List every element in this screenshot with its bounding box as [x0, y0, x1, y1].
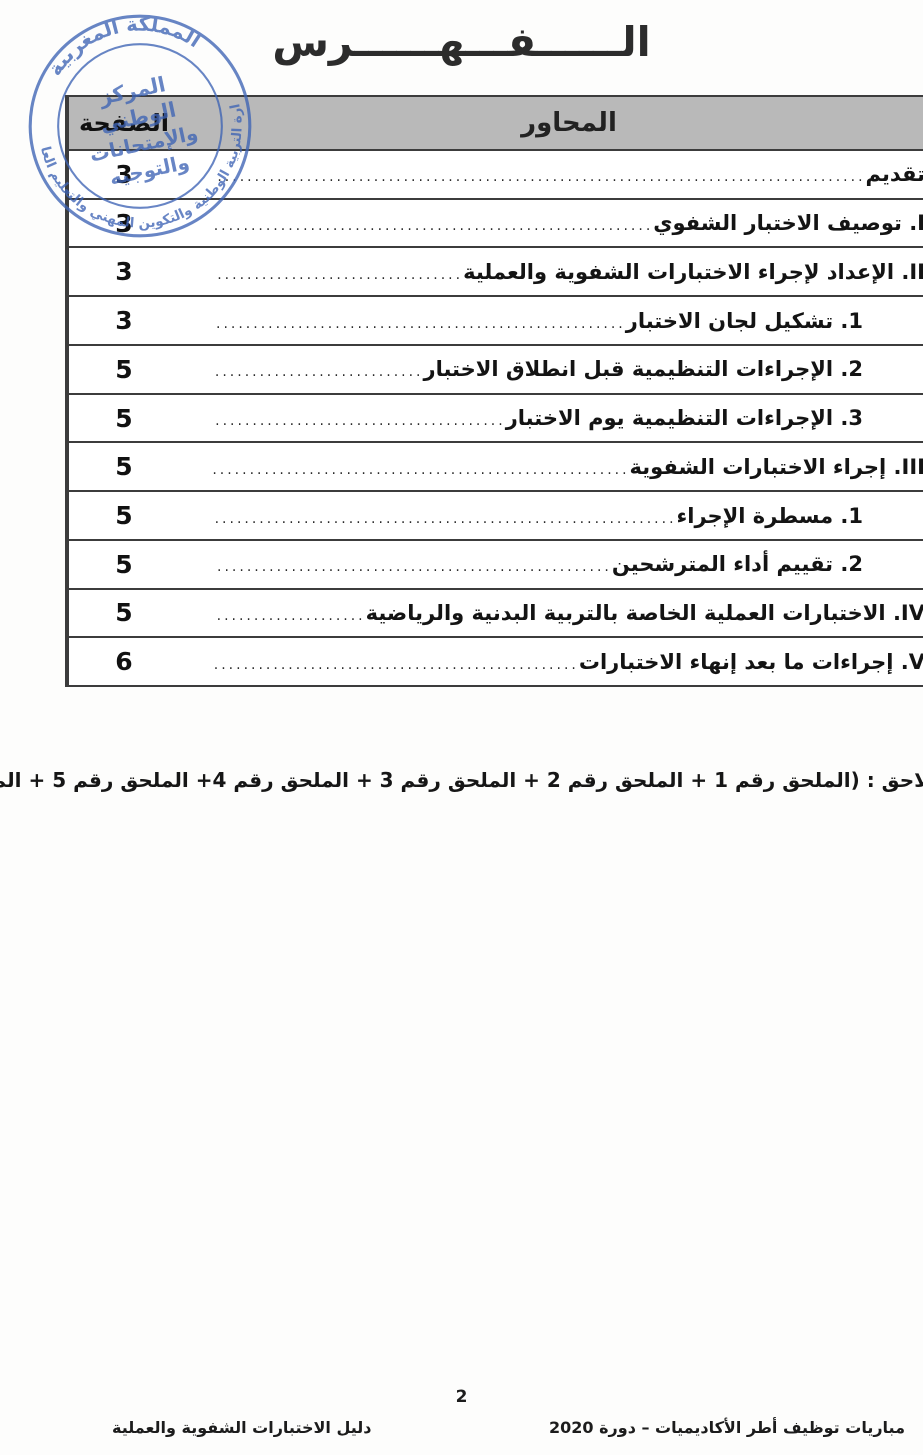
toc-header-topics: المحاور — [179, 97, 923, 149]
toc-row-topic-cell: I. توصيف الاختبار الشفوي ...............… — [179, 200, 923, 247]
dot-leader: ........................................… — [213, 608, 366, 624]
toc-row-page: 5 — [67, 395, 179, 442]
toc-header-page: الصفحة — [67, 97, 179, 149]
toc-row: تقديم ..................................… — [67, 149, 923, 198]
toc-row-topic: V. إجراءات ما بعد إنهاء الاختبارات — [579, 650, 923, 674]
toc-row-topic-cell: 2. الإجراءات التنظيمية قبل انطلاق الاختب… — [179, 346, 923, 393]
toc-row: 1. مسطرة الإجراء .......................… — [67, 490, 923, 539]
toc-header-row: المحاور الصفحة — [67, 97, 923, 149]
toc-row-topic: III. إجراء الاختبارات الشفوية — [630, 455, 923, 479]
toc-row-page: 6 — [67, 638, 179, 685]
toc-table: المحاور الصفحة تقديم ...................… — [65, 95, 923, 687]
appendices-note: لاحق : (الملحق رقم 1 + الملحق رقم 2 + ال… — [0, 768, 923, 792]
dot-leader: ........................................… — [213, 657, 579, 673]
footer-session-title: مباريات توظيف أطر الأكاديميات – دورة 202… — [549, 1418, 905, 1437]
toc-row: IV. الاختبارات العملية الخاصة بالتربية ا… — [67, 588, 923, 637]
toc-row: 2. الإجراءات التنظيمية قبل انطلاق الاختب… — [67, 344, 923, 393]
toc-row: 1. تشكيل لجان الاختبار .................… — [67, 295, 923, 344]
page-number: 2 — [0, 1387, 923, 1407]
toc-rows: تقديم ..................................… — [67, 149, 923, 685]
toc-row-topic-cell: تقديم ..................................… — [179, 151, 923, 198]
page-title: الــــــفـــهــــــرس — [0, 18, 923, 66]
footer-doc-title: دليل الاختبارات الشفوية والعملية — [112, 1418, 372, 1437]
dot-leader: ........................................… — [213, 462, 630, 478]
toc-row-page: 5 — [67, 492, 179, 539]
toc-row-topic: تقديم — [866, 162, 923, 186]
page-footer: دليل الاختبارات الشفوية والعملية مباريات… — [0, 1418, 923, 1437]
toc-row-page: 5 — [67, 346, 179, 393]
toc-row: II. الإعداد لإجراء الاختبارات الشفوية وا… — [67, 246, 923, 295]
toc-row-page: 3 — [67, 151, 179, 198]
toc-row-topic: 1. مسطرة الإجراء — [677, 504, 863, 528]
toc-row-topic-cell: 1. تشكيل لجان الاختبار .................… — [179, 297, 923, 344]
toc-row-topic: II. الإعداد لإجراء الاختبارات الشفوية وا… — [463, 260, 923, 284]
dot-leader: ........................................… — [213, 169, 866, 185]
toc-row-topic-cell: 3. الإجراءات التنظيمية يوم الاختبار ....… — [179, 395, 923, 442]
toc-row-topic-cell: III. إجراء الاختبارات الشفوية ..........… — [179, 443, 923, 490]
toc-row-page: 5 — [67, 443, 179, 490]
toc-row-topic: 2. تقييم أداء المترشحين — [612, 552, 863, 576]
document-page: المملكة المغربية وزارة التربية الوطنية و… — [0, 0, 923, 1455]
toc-row-topic: 2. الإجراءات التنظيمية قبل انطلاق الاختب… — [424, 357, 864, 381]
toc-row-topic-cell: V. إجراءات ما بعد إنهاء الاختبارات .....… — [179, 638, 923, 685]
toc-row: I. توصيف الاختبار الشفوي ...............… — [67, 198, 923, 247]
toc-row-topic: 3. الإجراءات التنظيمية يوم الاختبار — [506, 406, 863, 430]
dot-leader: ........................................… — [213, 511, 677, 527]
toc-row-page: 3 — [67, 297, 179, 344]
toc-row-topic-cell: 1. مسطرة الإجراء .......................… — [179, 492, 923, 539]
toc-row-topic: I. توصيف الاختبار الشفوي — [653, 211, 923, 235]
toc-row-page: 3 — [67, 200, 179, 247]
dot-leader: ........................................… — [213, 559, 612, 575]
dot-leader: ........................................… — [213, 267, 463, 283]
toc-row: V. إجراءات ما بعد إنهاء الاختبارات .....… — [67, 636, 923, 685]
toc-row-page: 5 — [67, 541, 179, 588]
dot-leader: ........................................… — [213, 316, 626, 332]
toc-row-topic-cell: IV. الاختبارات العملية الخاصة بالتربية ا… — [179, 590, 923, 637]
dot-leader: ........................................… — [213, 218, 653, 234]
toc-row-topic-cell: II. الإعداد لإجراء الاختبارات الشفوية وا… — [179, 248, 923, 295]
toc-row-topic: IV. الاختبارات العملية الخاصة بالتربية ا… — [366, 601, 923, 625]
dot-leader: ........................................… — [213, 364, 424, 380]
dot-leader: ........................................… — [213, 413, 506, 429]
toc-row: 3. الإجراءات التنظيمية يوم الاختبار ....… — [67, 393, 923, 442]
toc-row: 2. تقييم أداء المترشحين ................… — [67, 539, 923, 588]
toc-row-topic-cell: 2. تقييم أداء المترشحين ................… — [179, 541, 923, 588]
toc-row-topic: 1. تشكيل لجان الاختبار — [626, 309, 863, 333]
toc-row-page: 3 — [67, 248, 179, 295]
toc-row: III. إجراء الاختبارات الشفوية ..........… — [67, 441, 923, 490]
toc-row-page: 5 — [67, 590, 179, 637]
